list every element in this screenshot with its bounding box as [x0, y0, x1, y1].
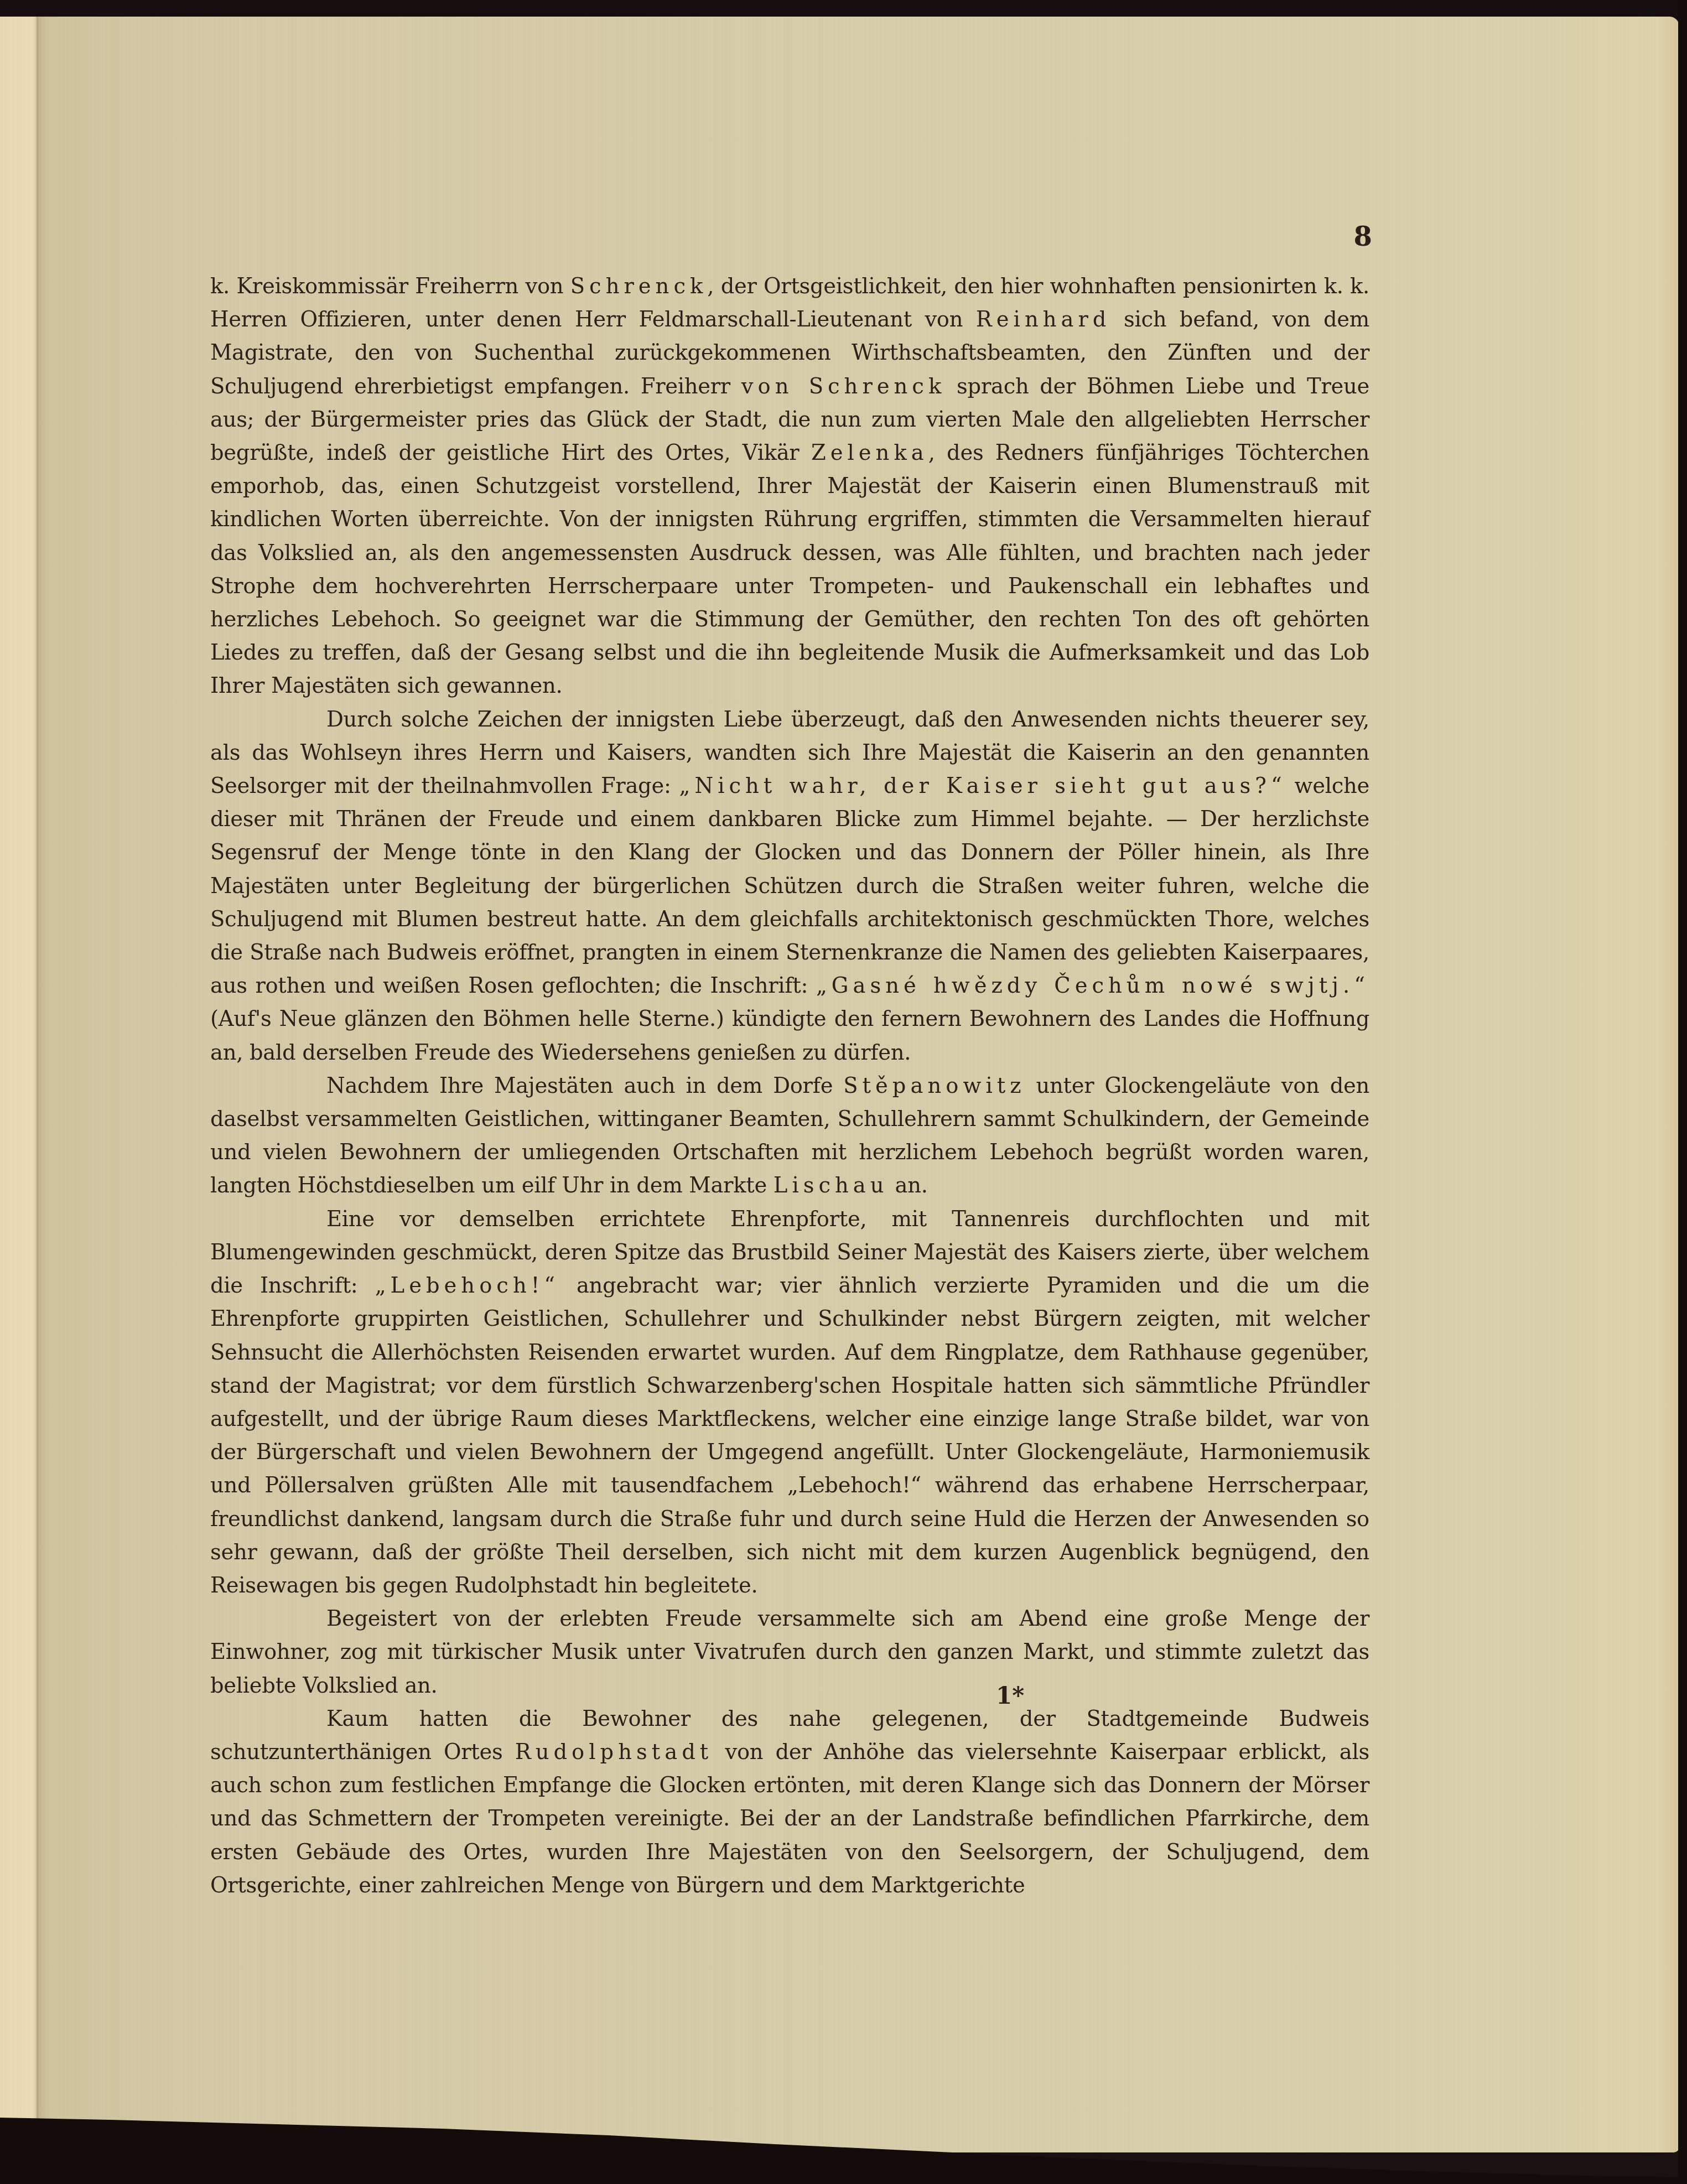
- scan-bottom-border: [0, 2112, 1687, 2184]
- text-run: Nachdem Ihre Majestäten auch in dem Dorf…: [326, 1073, 843, 1098]
- signature-mark: 1*: [996, 1682, 1024, 1709]
- emphasized-name: Reinhard: [976, 307, 1111, 332]
- text-run: k. Kreiskommissär Freiherrn von: [210, 274, 570, 299]
- paragraph: Kaum hatten die Bewohner des nahe gelege…: [210, 1703, 1369, 1902]
- scan-top-border: [0, 0, 1687, 19]
- emphasized-name: Schrenck: [570, 274, 708, 299]
- paragraph: Nachdem Ihre Majestäten auch in dem Dorf…: [210, 1070, 1369, 1203]
- text-run: angebracht war; vier ähnlich verzierte P…: [210, 1273, 1369, 1598]
- text-run: (Auf's Neue glänzen den Böhmen helle Ste…: [210, 1007, 1369, 1065]
- emphasized-name: von Schrenck: [741, 374, 946, 399]
- emphasized-name: „Nicht wahr, der Kaiser sieht gut aus?“: [679, 774, 1286, 798]
- paragraph: k. Kreiskommissär Freiherrn von Schrenck…: [210, 270, 1369, 703]
- paragraph: Begeistert von der erlebten Freude versa…: [210, 1602, 1369, 1703]
- body-text: k. Kreiskommissär Freiherrn von Schrenck…: [210, 270, 1369, 1902]
- emphasized-name: Zelenka: [811, 440, 928, 465]
- scan-right-border: [1678, 0, 1687, 2184]
- emphasized-name: „Gasné hwězdy Čechům nowé swjtj.“: [816, 973, 1369, 998]
- scanned-page: 8 k. Kreiskommissär Freiherrn von Schren…: [0, 0, 1687, 2184]
- emphasized-name: Lischau: [774, 1173, 889, 1198]
- text-run: an.: [889, 1173, 928, 1198]
- emphasized-name: Rudolphstadt: [515, 1740, 713, 1765]
- text-run: , des Redners fünfjähriges Töchterchen e…: [210, 440, 1369, 698]
- emphasized-name: „Lebehoch!“: [375, 1273, 559, 1298]
- text-run: welche dieser mit Thränen der Freude und…: [210, 774, 1369, 998]
- paragraph: Durch solche Zeichen der innigsten Liebe…: [210, 703, 1369, 1070]
- emphasized-name: Stěpanowitz: [843, 1073, 1025, 1098]
- page-number: 8: [1350, 221, 1372, 252]
- text-run: Begeistert von der erlebten Freude versa…: [210, 1606, 1369, 1698]
- paragraph: Eine vor demselben errichtete Ehrenpfort…: [210, 1203, 1369, 1602]
- gutter-shadow: [37, 17, 40, 2152]
